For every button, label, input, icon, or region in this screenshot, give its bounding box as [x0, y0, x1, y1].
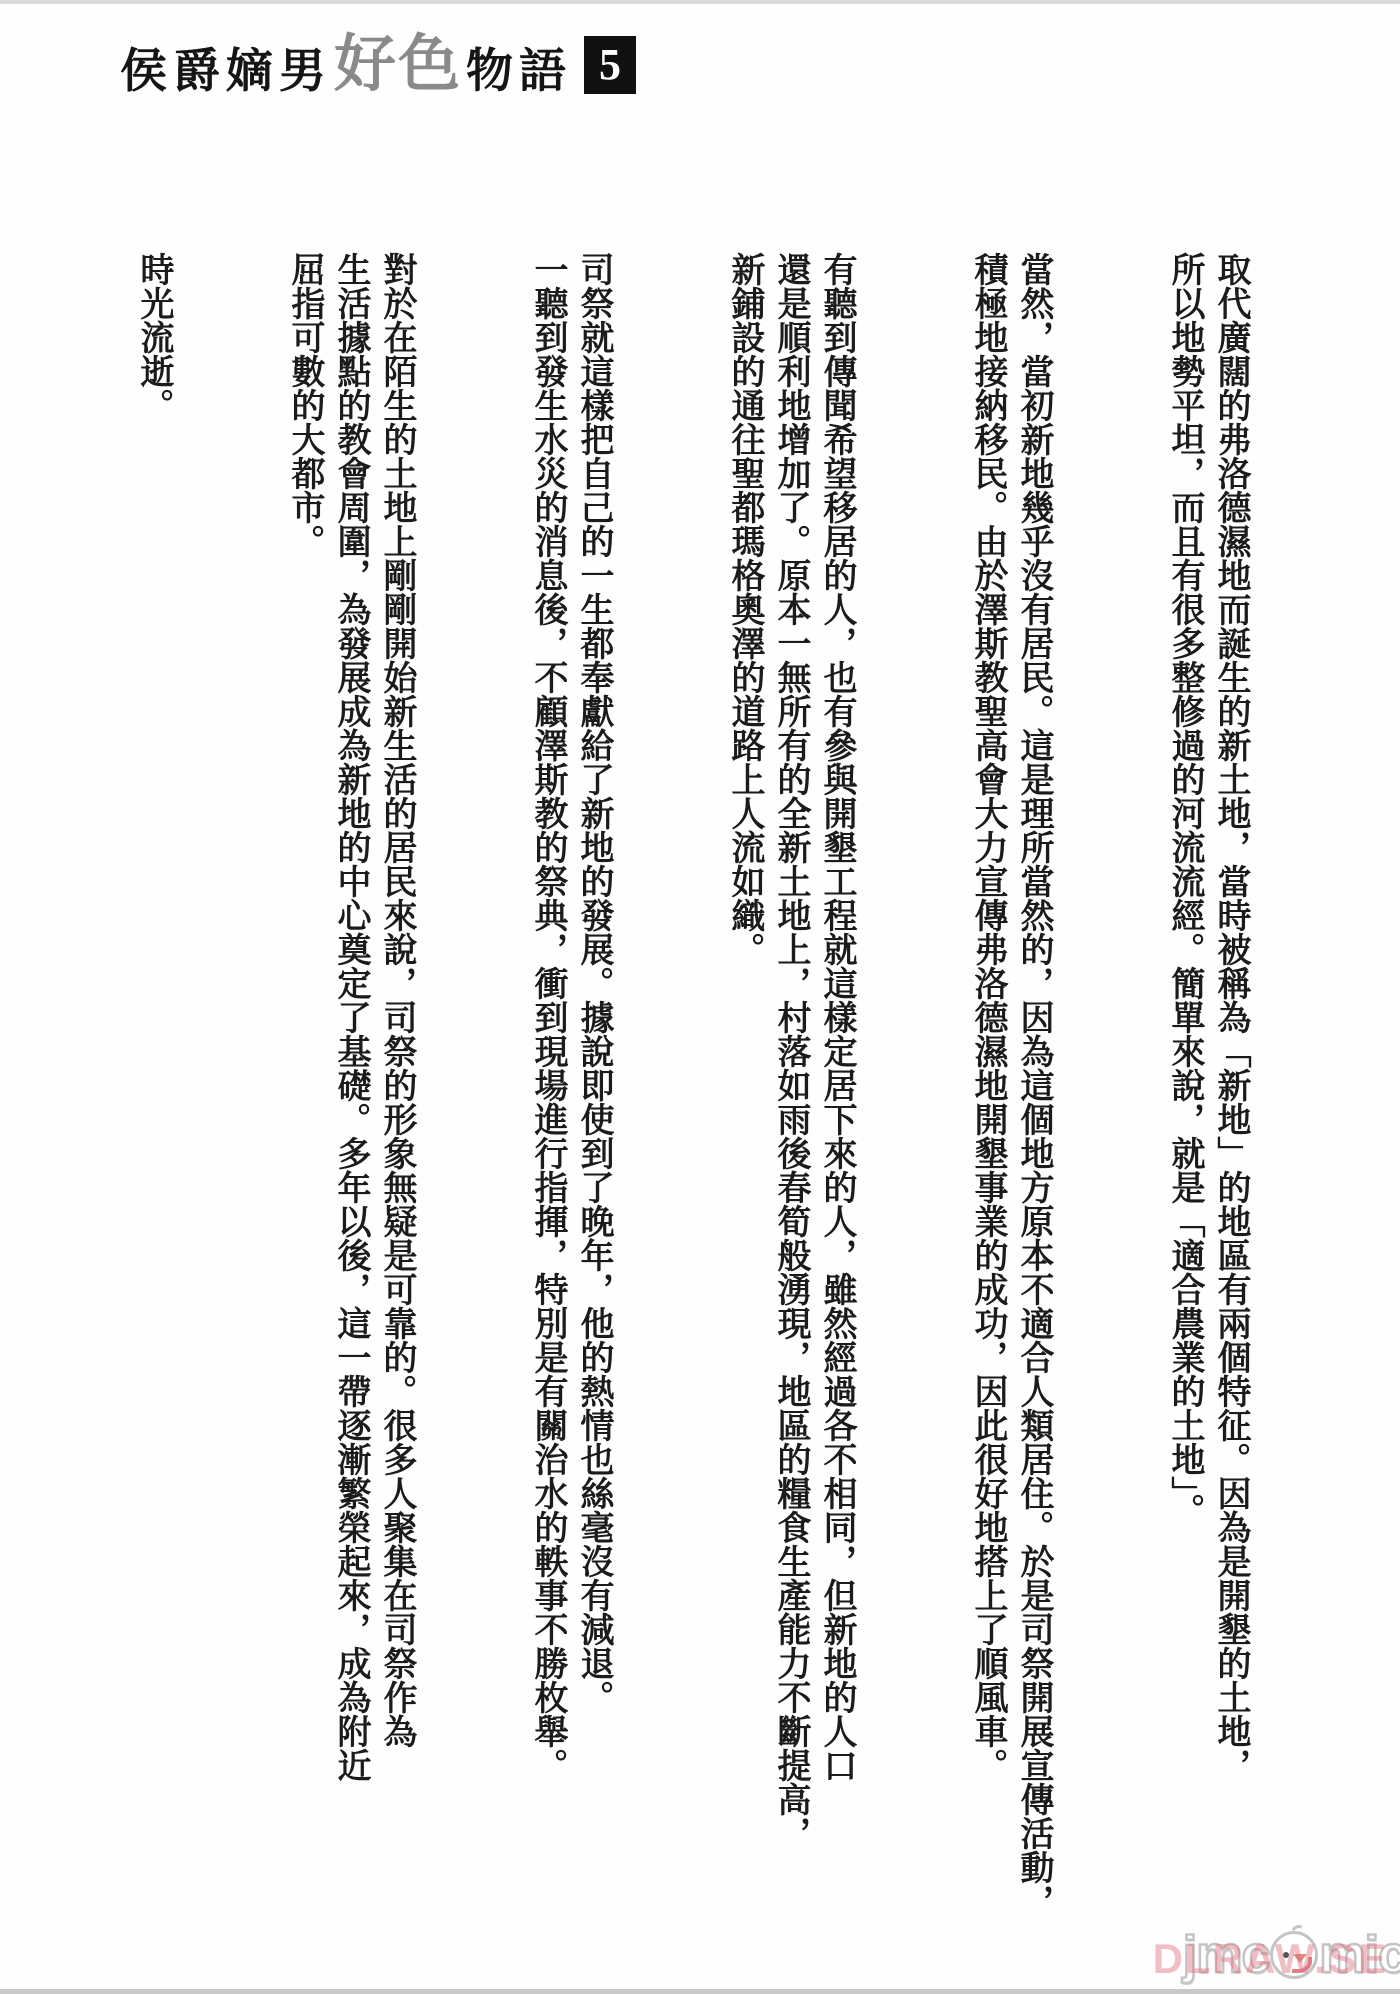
paragraph-5: 對於在陌生的土地上剛剛開始新生活的居民來說，司祭的形象無疑是可靠的。很多人聚集在…: [281, 252, 419, 1922]
chick-face-icon: [1270, 1931, 1318, 1979]
book-page: 侯爵嫡男 好色 物語 5 取代廣闊的弗洛德濕地而誕生的新土地，當時被稱為「新地」…: [0, 0, 1400, 1994]
page-title: 侯爵嫡男 好色 物語 5: [120, 34, 636, 96]
paragraph-1: 取代廣闊的弗洛德濕地而誕生的新土地，當時被稱為「新地」的地區有兩個特征。因為是開…: [1161, 252, 1253, 1922]
watermark-logo: jmc mic: [1183, 1925, 1400, 1985]
text-column: 新鋪設的通往聖都瑪格奧澤的道路上人流如織。: [721, 252, 767, 1922]
text-column: 屈指可數的大都市。: [281, 252, 327, 1922]
text-column: 時光流逝。: [130, 252, 176, 1922]
title-part-1: 侯爵嫡男: [120, 49, 332, 96]
chick-eye-icon: [1283, 1952, 1289, 1958]
text-column: 取代廣闊的弗洛德濕地而誕生的新土地，當時被稱為「新地」的地區有兩個特征。因為是開…: [1207, 252, 1253, 1922]
chick-tuft-icon: [1289, 1923, 1310, 1944]
paragraph-3: 有聽到傳聞希望移居的人，也有參與開墾工程就這樣定居下來的人，雖然經過各不相同，但…: [721, 252, 859, 1922]
text-column: 司祭就這樣把自己的一生都奉獻給了新地的發展。據說即使到了晚年，他的熱情也絲毫沒有…: [570, 252, 616, 1922]
text-column: 一聽到發生水災的消息後，不顧澤斯教的祭典，衝到現場進行指揮，特別是有關治水的軼事…: [524, 252, 570, 1922]
text-column: 還是順利地增加了。原本一無所有的全新土地上，村落如雨後春筍般湧現，地區的糧食生產…: [767, 252, 813, 1922]
volume-badge: 5: [584, 36, 636, 94]
title-part-3: 物語: [466, 49, 572, 96]
watermark-text-right: mic: [1319, 1925, 1400, 1985]
text-column: 當然，當初新地幾乎沒有居民。這是理所當然的，因為這個地方原本不適合人類居住。於是…: [1010, 252, 1056, 1922]
vertical-text-area: 取代廣闊的弗洛德濕地而誕生的新土地，當時被稱為「新地」的地區有兩個特征。因為是開…: [130, 252, 1253, 1922]
text-column: 有聽到傳聞希望移居的人，也有參與開墾工程就這樣定居下來的人，雖然經過各不相同，但…: [813, 252, 859, 1922]
text-column: 對於在陌生的土地上剛剛開始新生活的居民來說，司祭的形象無疑是可靠的。很多人聚集在…: [373, 252, 419, 1922]
text-column: 積極地接納移民。由於澤斯教聖高會大力宣傳弗洛德濕地開墾事業的成功，因此很好地搭上…: [964, 252, 1010, 1922]
paragraph-6: 時光流逝。: [130, 252, 176, 1922]
watermark-text-left: jmc: [1183, 1925, 1270, 1985]
paragraph-2: 當然，當初新地幾乎沒有居民。這是理所當然的，因為這個地方原本不適合人類居住。於是…: [964, 252, 1056, 1922]
watermark: DLRAW.SE jmc mic: [1183, 1925, 1400, 1987]
title-part-2-highlight: 好色: [334, 34, 462, 96]
text-column: 所以地勢平坦，而且有很多整修過的河流流經。簡單來說，就是「適合農業的土地」。: [1161, 252, 1207, 1922]
text-column: 生活據點的教會周圍，為發展成為新地的中心奠定了基礎。多年以後，這一帶逐漸繁榮起來…: [327, 252, 373, 1922]
paragraph-4: 司祭就這樣把自己的一生都奉獻給了新地的發展。據說即使到了晚年，他的熱情也絲毫沒有…: [524, 252, 616, 1922]
chick-wing-icon: [1292, 1957, 1312, 1973]
volume-number: 5: [599, 43, 621, 87]
